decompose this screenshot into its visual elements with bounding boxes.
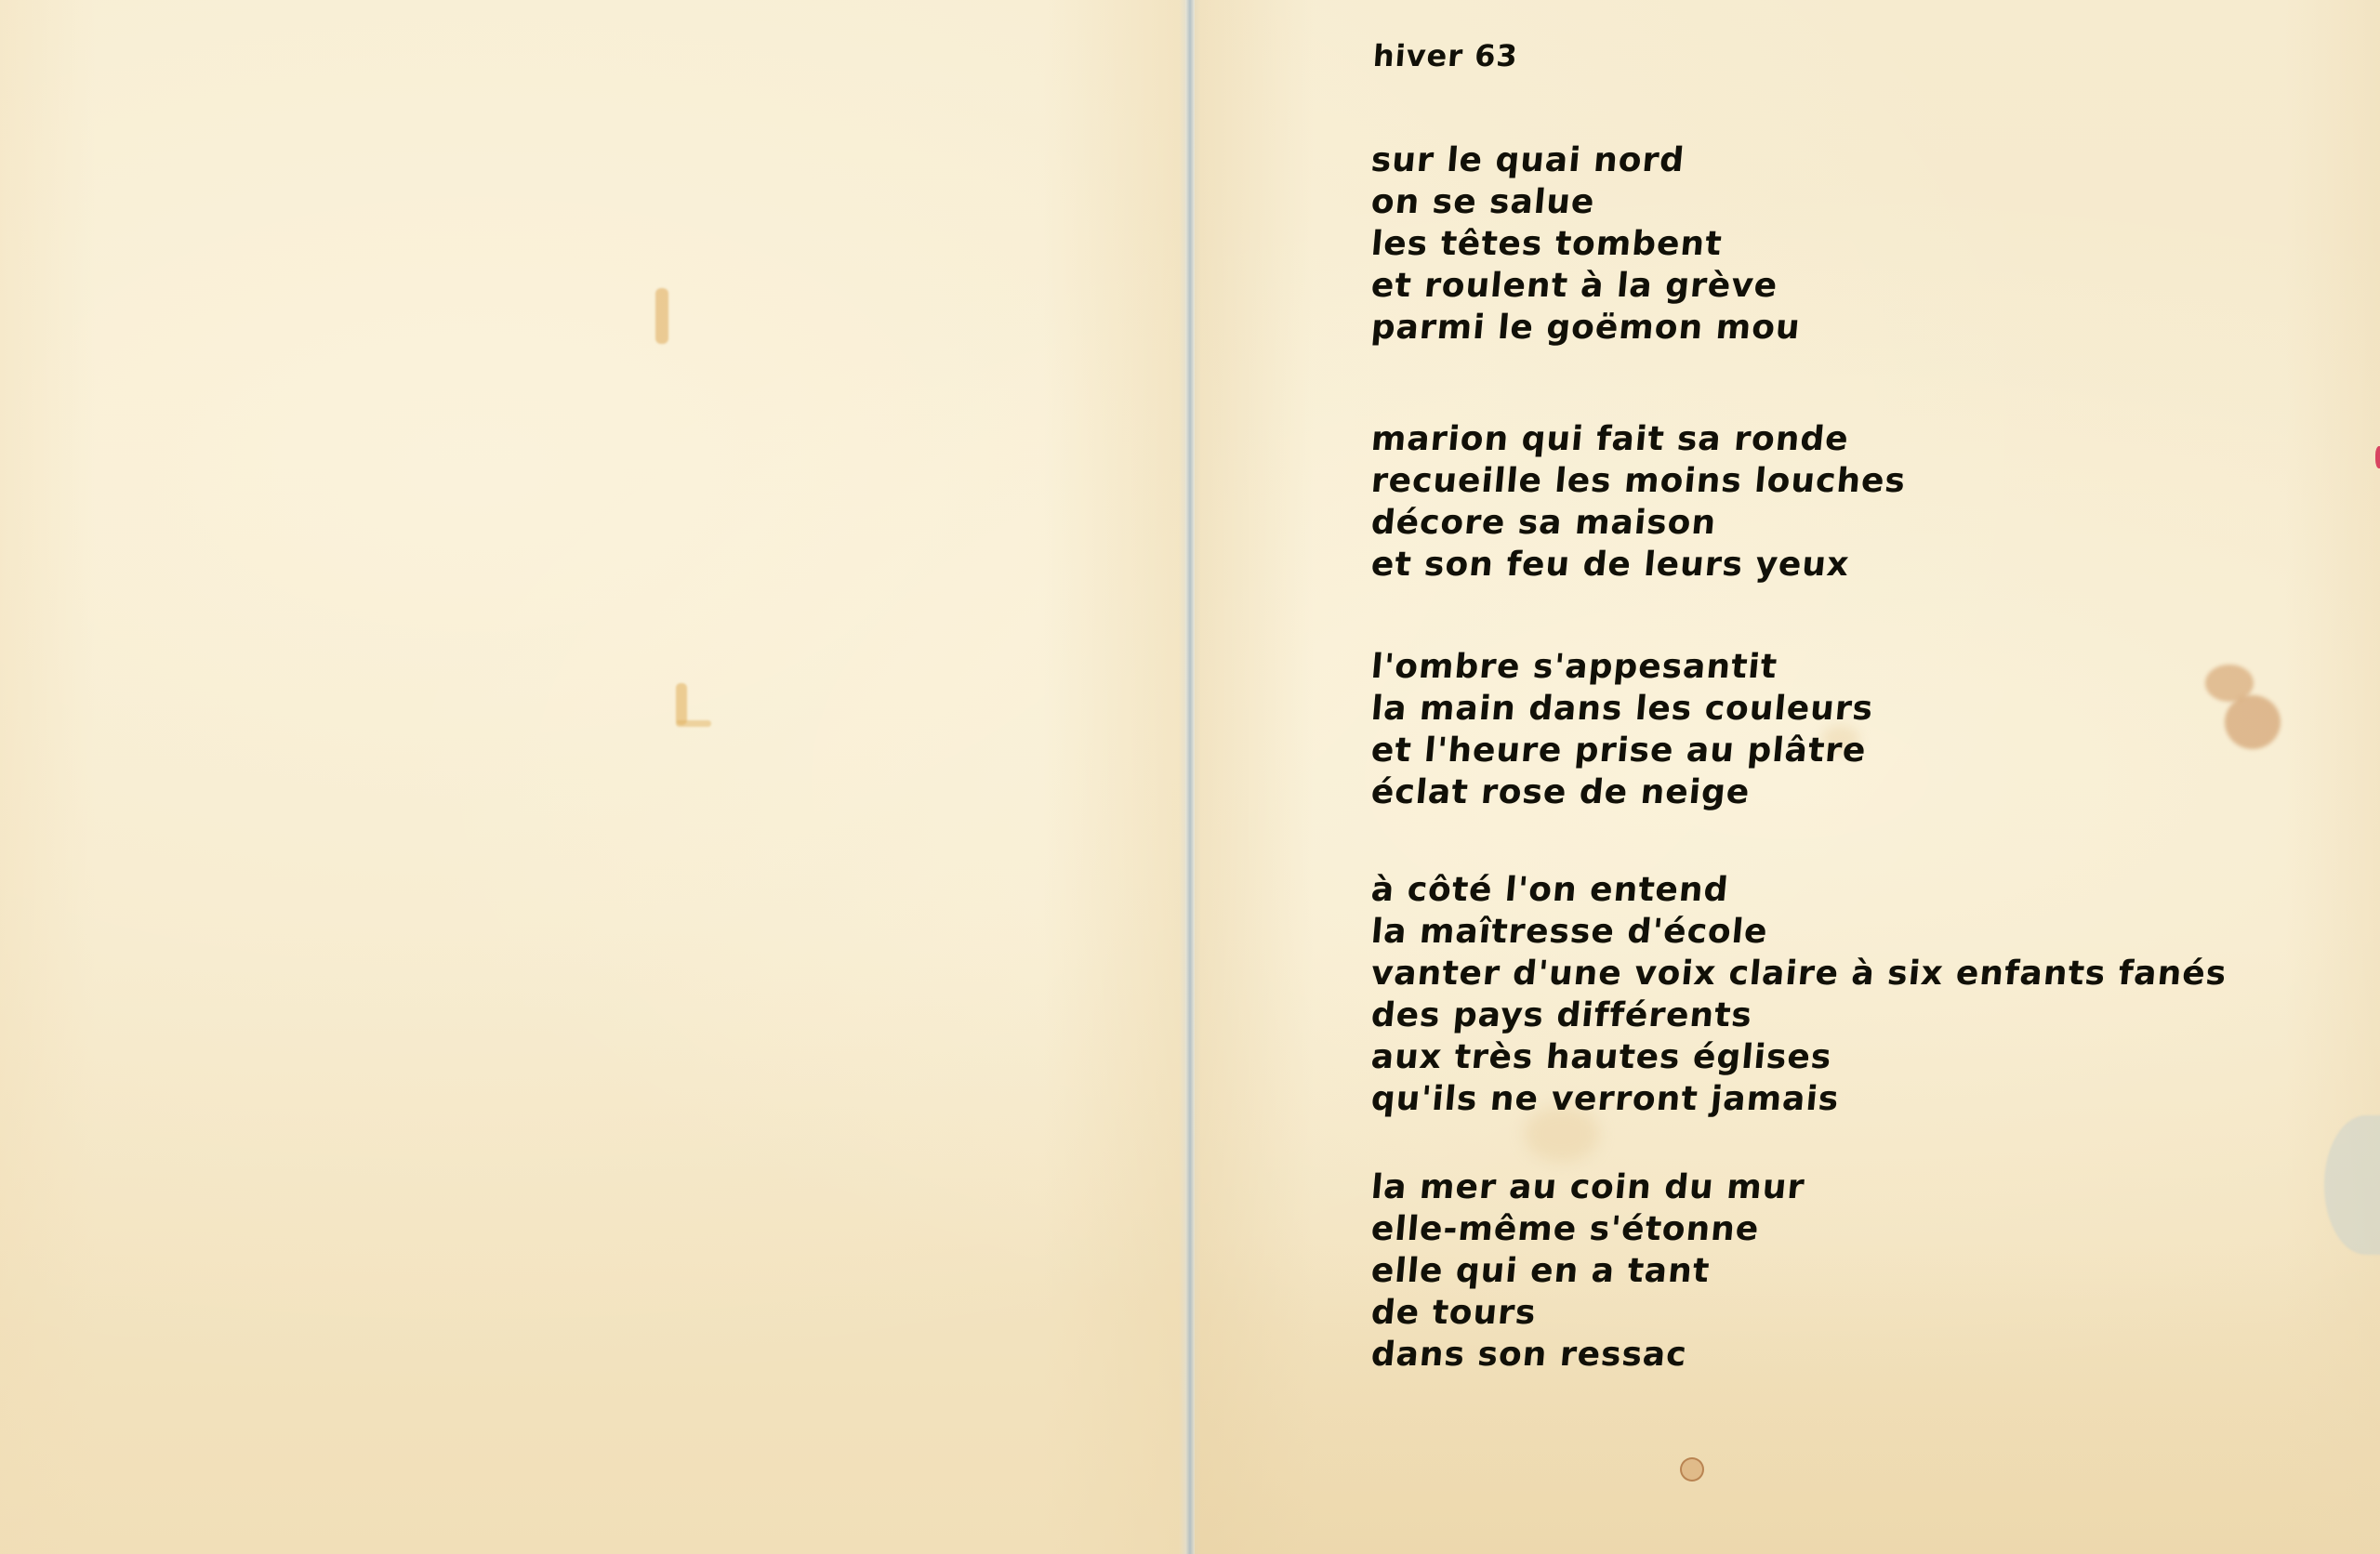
poem-line: marion qui fait sa ronde <box>1369 418 1908 460</box>
stanza-3: l'ombre s'appesantit la main dans les co… <box>1371 646 1873 813</box>
poem-line: et son feu de leurs yeux <box>1369 544 1908 586</box>
foxing-stain <box>676 683 687 725</box>
poem-line: à côté l'on entend <box>1369 869 2228 911</box>
poem-line: la main dans les couleurs <box>1369 688 1875 730</box>
left-page <box>0 0 1185 1554</box>
foxing-stain <box>655 288 668 344</box>
poem: hiver 63 sur le quai nord on se salue le… <box>1371 37 1518 158</box>
poem-line: on se salue <box>1369 181 1803 223</box>
poem-line: aux très hautes églises <box>1369 1036 2228 1078</box>
poem-line: la mer au coin du mur <box>1369 1166 1806 1208</box>
poem-line: décore sa maison <box>1369 502 1908 544</box>
poem-line: sur le quai nord <box>1369 139 1803 181</box>
poem-line: qu'ils ne verront jamais <box>1369 1078 2228 1120</box>
poem-line: la maîtresse d'école <box>1369 911 2228 953</box>
poem-line: elle qui en a tant <box>1369 1250 1806 1292</box>
poem-line: l'ombre s'appesantit <box>1369 646 1875 688</box>
poem-line: de tours <box>1369 1292 1806 1334</box>
stanza-2: marion qui fait sa ronde recueille les m… <box>1371 418 1906 586</box>
stanza-1: sur le quai nord on se salue les têtes t… <box>1371 139 1801 349</box>
stanza-4: à côté l'on entend la maîtresse d'école … <box>1371 869 2227 1120</box>
poem-line: les têtes tombent <box>1369 223 1803 265</box>
poem-line: des pays différents <box>1369 994 2228 1036</box>
notebook-spread: hiver 63 sur le quai nord on se salue le… <box>0 0 2380 1554</box>
poem-line: parmi le goëmon mou <box>1369 307 1803 349</box>
poem-line: et roulent à la grève <box>1369 265 1803 307</box>
poem-line: et l'heure prise au plâtre <box>1369 730 1875 771</box>
foxing-stain <box>676 720 711 727</box>
poem-line: vanter d'une voix claire à six enfants f… <box>1369 953 2228 994</box>
stanza-5: la mer au coin du mur elle-même s'étonne… <box>1371 1166 1805 1376</box>
poem-line: recueille les moins louches <box>1369 460 1908 502</box>
poem-line: éclat rose de neige <box>1369 771 1875 813</box>
poem-line: dans son ressac <box>1369 1334 1806 1376</box>
poem-title: hiver 63 <box>1372 37 1520 74</box>
poem-line: elle-même s'étonne <box>1369 1208 1806 1250</box>
